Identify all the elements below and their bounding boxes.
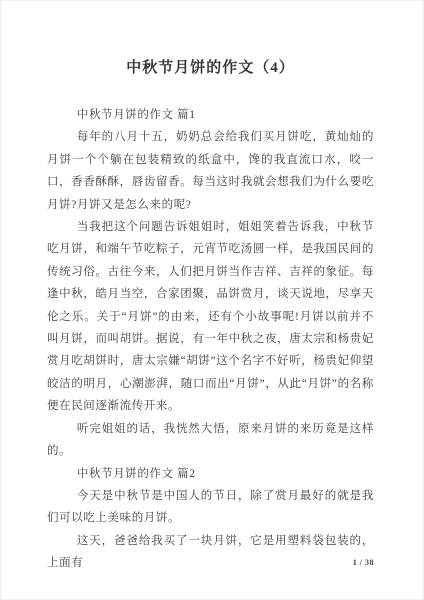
page-title: 中秋节月饼的作文（4）: [47, 56, 374, 77]
paragraph: 当我把这个问题告诉姐姐时，姐姐笑着告诉我，中秋节吃月饼，和端午节吃粽子，元宵节吃…: [47, 216, 374, 418]
section-heading: 中秋节月饼的作文 篇2: [47, 463, 374, 485]
paragraph: 今天是中秋节是中国人的节日，除了赏月最好的就是我们可以吃上美味的月饼。: [47, 485, 374, 530]
paragraph: 听完姐姐的话，我恍然大悟，原来月饼的来历竟是这样的。: [47, 418, 374, 463]
paragraph: 这天，爸爸给我买了一块月饼，它是用塑料袋包装的，上面有: [47, 530, 374, 575]
document-body: 中秋节月饼的作文 篇1每年的八月十五，奶奶总会给我们买月饼吃，黄灿灿的月饼一个个…: [47, 104, 374, 575]
section-heading: 中秋节月饼的作文 篇1: [47, 104, 374, 126]
paragraph: 每年的八月十五，奶奶总会给我们买月饼吃，黄灿灿的月饼一个个躺在包装精致的纸盒中，…: [47, 126, 374, 216]
document-page: 中秋节月饼的作文（4） 中秋节月饼的作文 篇1每年的八月十五，奶奶总会给我们买月…: [0, 0, 424, 600]
page-number-indicator: 1 / 38: [353, 558, 374, 567]
